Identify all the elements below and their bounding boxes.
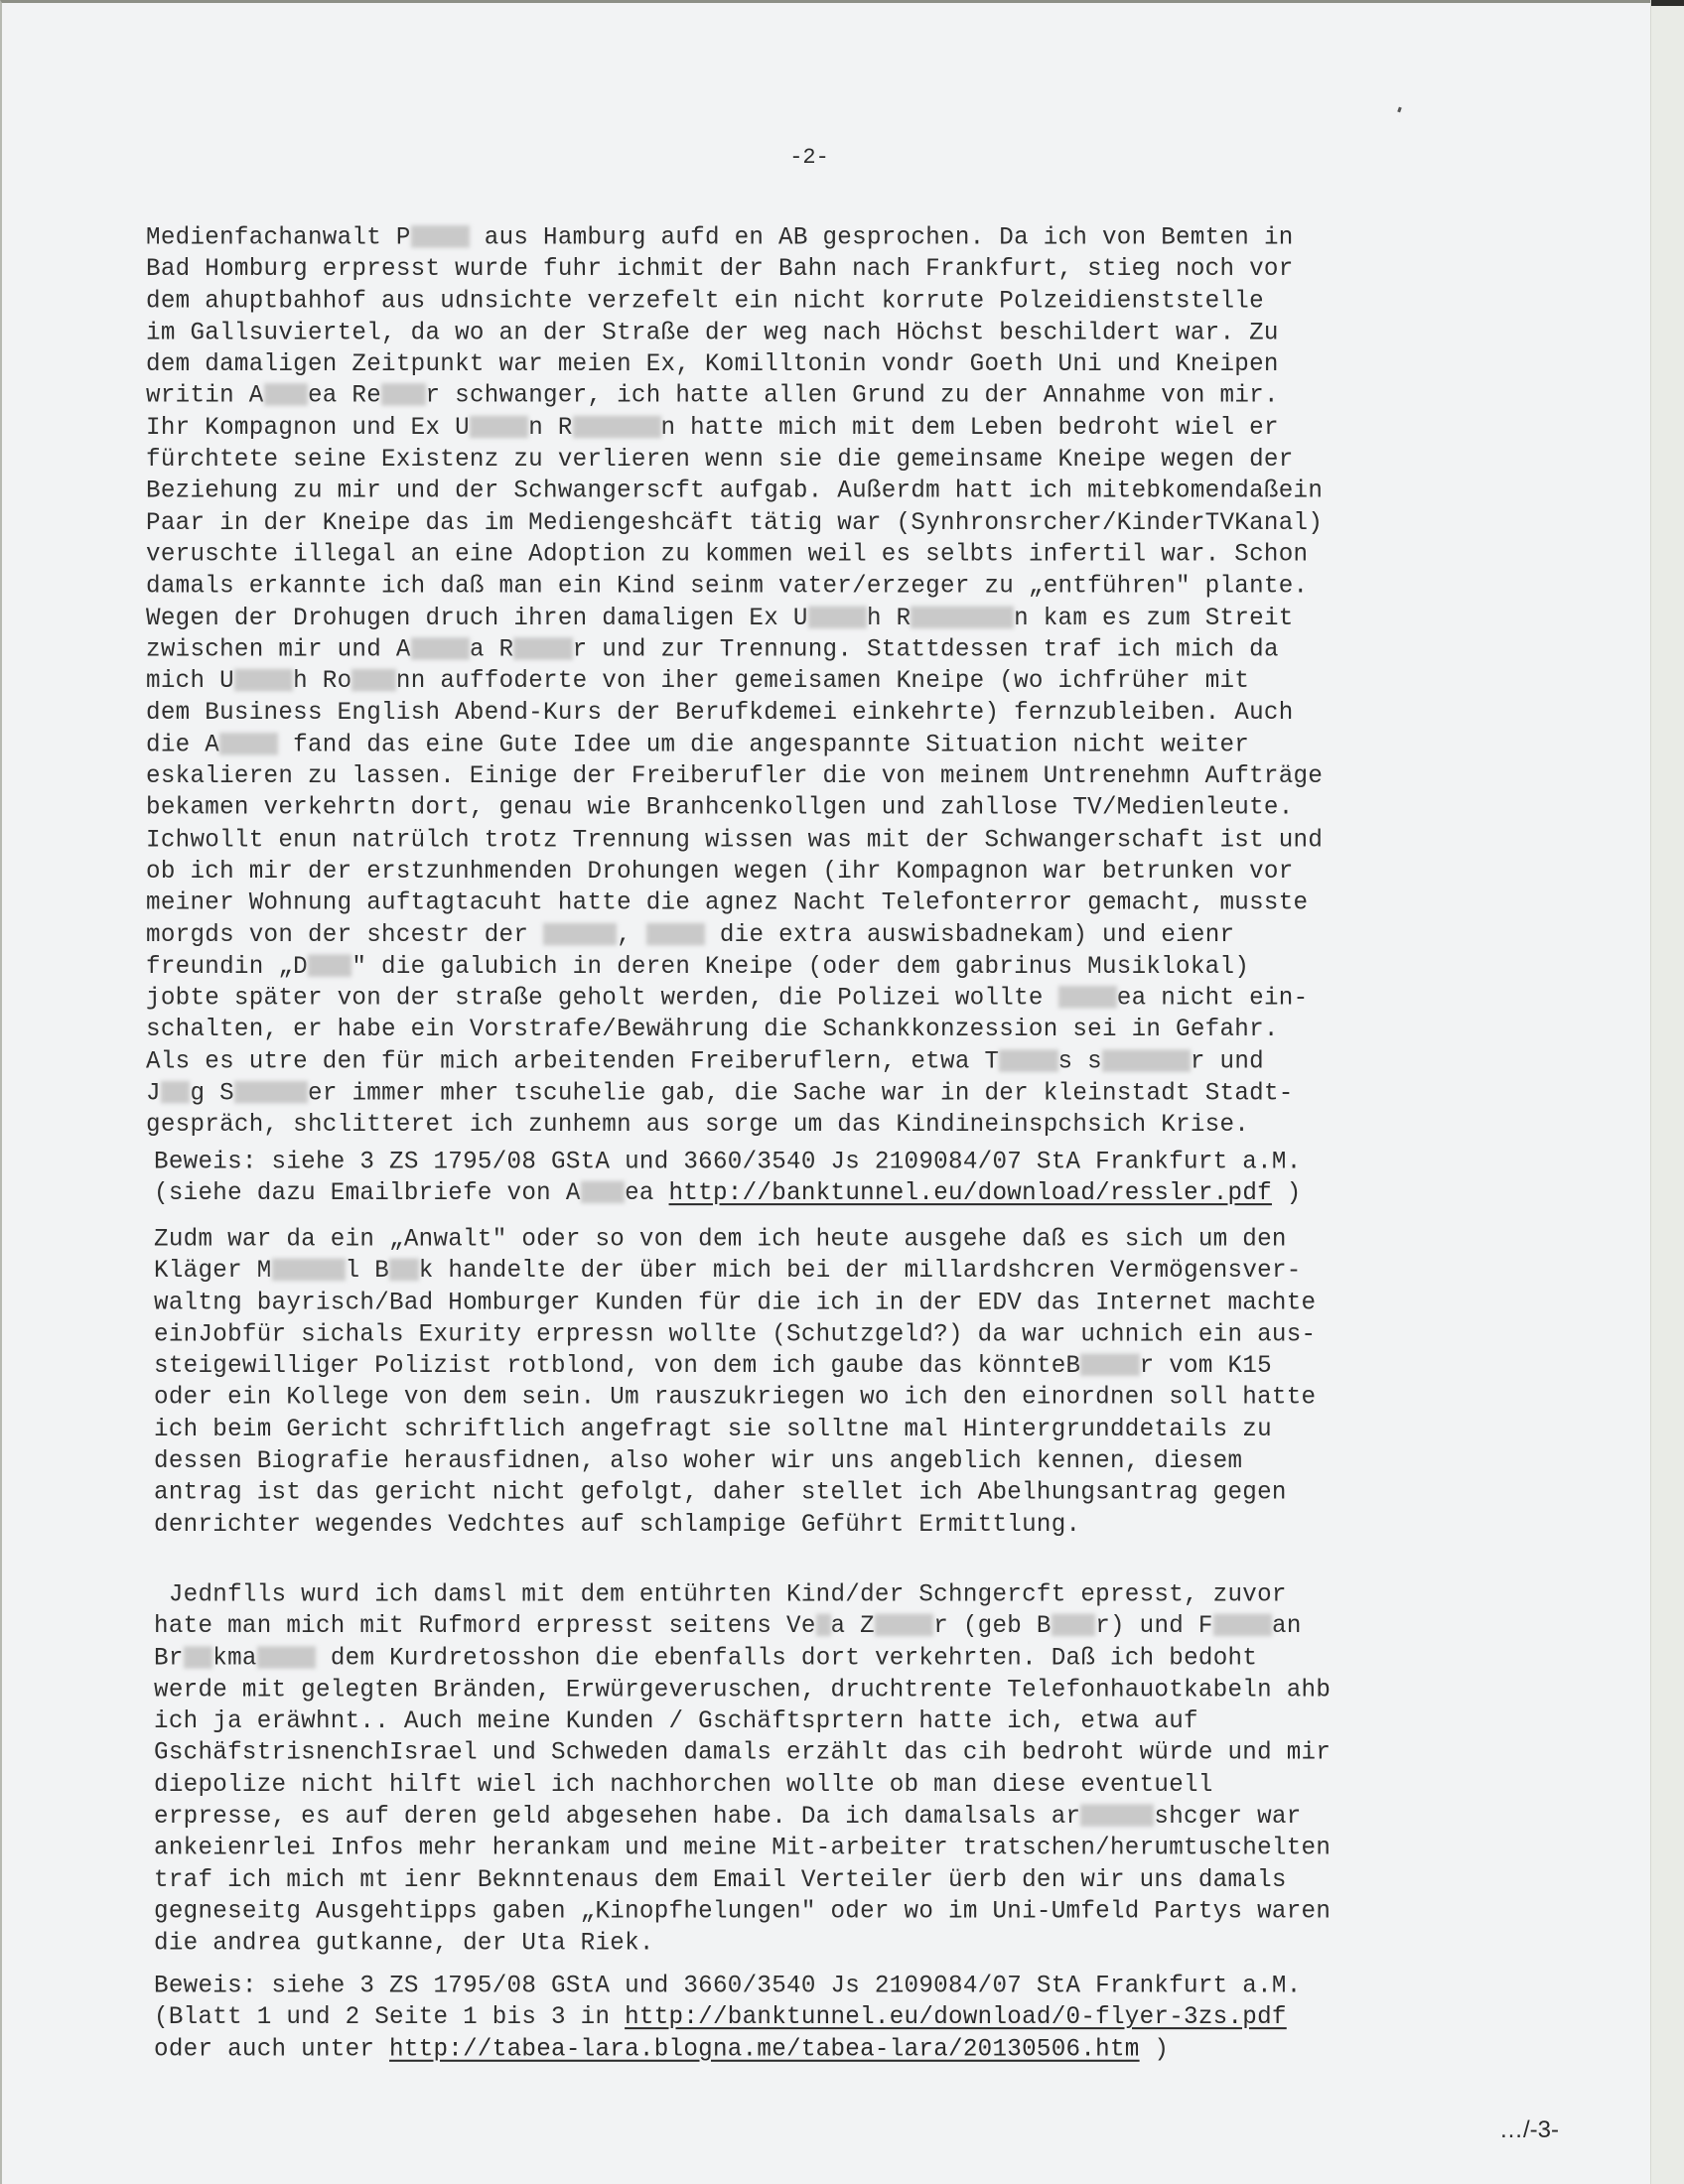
redacted-name: xxxxxx — [573, 416, 661, 438]
redacted-name: xxxxx — [272, 1259, 346, 1281]
redacted-name: xxxx — [470, 416, 528, 438]
text-line: schalten, er habe ein Vorstrafe/Bewährun… — [146, 1015, 1323, 1046]
text-line: ich beim Gericht schriftlich angefragt s… — [154, 1415, 1316, 1446]
redacted-name: xxxx — [411, 225, 470, 247]
text-line: Brxxkmaxxxx dem Kurdretosshon die ebenfa… — [154, 1643, 1331, 1675]
text-line: denrichter wegendes Vedchtes auf schlamp… — [154, 1509, 1316, 1541]
text-line: ob ich mir der erstzunhmenden Drohungen … — [146, 856, 1323, 887]
text-line: Beweis: siehe 3 ZS 1795/08 GStA und 3660… — [154, 1147, 1302, 1178]
document-link[interactable]: http://banktunnel.eu/download/ressler.pd… — [669, 1180, 1272, 1208]
text-line: werde mit gelegten Bränden, Erwürgeverus… — [154, 1675, 1331, 1706]
redacted-name: xxx — [264, 384, 308, 406]
paragraph-1: Medienfachanwalt Pxxxx aus Hamburg aufd … — [146, 222, 1323, 1142]
text-line: Kläger Mxxxxxl Bxxk handelte der über mi… — [154, 1256, 1316, 1288]
redacted-name: xxxx — [219, 733, 278, 754]
text-line: dem Business English Abend-Kurs der Beru… — [146, 698, 1323, 730]
text-line: Zudm war da ein „Anwalt" oder so von dem… — [154, 1224, 1316, 1256]
text-line: (siehe dazu Emailbriefe von Axxxea http:… — [154, 1178, 1302, 1210]
text-line: waltng bayrisch/Bad Homburger Kunden für… — [154, 1288, 1316, 1319]
text-line: oder auch unter http://tabea-lara.blogna… — [154, 2034, 1302, 2066]
redacted-name: xxxx — [1058, 986, 1117, 1008]
text-line: antrag ist das gericht nicht gefolgt, da… — [154, 1477, 1316, 1509]
text-line: Beziehung zu mir und der Schwangerscft a… — [146, 476, 1323, 507]
redacted-name: xxxx — [1213, 1614, 1272, 1636]
document-link[interactable]: http://tabea-lara.blogna.me/tabea-lara/2… — [389, 2036, 1140, 2064]
redacted-name: xxxxx — [234, 1081, 308, 1103]
text-line: meiner Wohnung auftagtacuht hatte die ag… — [146, 887, 1323, 919]
redacted-name: xx — [184, 1646, 213, 1668]
redacted-name: xxxx — [646, 922, 705, 944]
paragraph-2: Zudm war da ein „Anwalt" oder so von dem… — [154, 1224, 1316, 1541]
text-line: steigewilliger Polizist rotblond, von de… — [154, 1351, 1316, 1383]
redacted-name: xxxxxx — [1102, 1049, 1191, 1071]
text-line: freundin „Dxxx" die galubich in deren Kn… — [146, 951, 1323, 983]
text-line: die andrea gutkanne, der Uta Riek. — [154, 1928, 1331, 1960]
text-line: Als es utre den für mich arbeitenden Fre… — [146, 1046, 1323, 1078]
text-line: dessen Biografie herausfidnen, also wohe… — [154, 1445, 1316, 1477]
text-line: gegneseitg Ausgehtipps gaben „Kinopfhelu… — [154, 1896, 1331, 1928]
text-line: zwischen mir und Axxxxa Rxxxxr und zur T… — [146, 634, 1323, 666]
next-page-edge — [1650, 0, 1684, 2184]
text-line: diepolize nicht hilft wiel ich nachhorch… — [154, 1770, 1331, 1802]
text-line: einJobfür sichals Exurity erpressn wollt… — [154, 1319, 1316, 1351]
text-line: Medienfachanwalt Pxxxx aus Hamburg aufd … — [146, 222, 1323, 254]
text-line: erpresse, es auf deren geld abgesehen ha… — [154, 1801, 1331, 1833]
page-number: -2- — [0, 145, 1618, 170]
text-line: GschäfstrisnenchIsrael und Schweden dama… — [154, 1738, 1331, 1770]
redacted-name: xxxx — [875, 1614, 933, 1636]
text-line: morgds von der shcestr der xxxxx, xxxx d… — [146, 919, 1323, 951]
redacted-name: xxxxxxx — [911, 606, 1014, 627]
text-line: Ihr Kompagnon und Ex Uxxxxn Rxxxxxxn hat… — [146, 413, 1323, 445]
text-line: Wegen der Drohugen druch ihren damaligen… — [146, 603, 1323, 634]
text-line: hate man mich mit Rufmord erpresst seite… — [154, 1611, 1331, 1643]
text-line: Beweis: siehe 3 ZS 1795/08 GStA und 3660… — [154, 1971, 1302, 2002]
text-line: Ichwollt enun natrülch trotz Trennung wi… — [146, 825, 1323, 857]
text-line: Jxxg Sxxxxxer immer mher tscuhelie gab, … — [146, 1078, 1323, 1110]
text-line: Paar in der Kneipe das im Mediengeshcäft… — [146, 507, 1323, 539]
redacted-name: xxxx — [513, 637, 572, 659]
redacted-name: xxx — [308, 954, 351, 976]
redacted-name: xxx — [351, 669, 395, 691]
text-line: damals erkannte ich daß man ein Kind sei… — [146, 571, 1323, 603]
redacted-name: xxxx — [1080, 1354, 1139, 1376]
paragraph-3: Jednflls wurd ich damsl mit dem entührte… — [154, 1579, 1331, 1960]
text-line: dem damaligen Zeitpunkt war meien Ex, Ko… — [146, 349, 1323, 381]
text-line: Bad Homburg erpresst wurde fuhr ichmit d… — [146, 254, 1323, 286]
redacted-name: xxx — [1052, 1614, 1095, 1636]
continuation-marker: …/-3- — [1499, 2116, 1559, 2144]
text-line: ankeienrlei Infos mehr herankam und mein… — [154, 1833, 1331, 1864]
text-line: veruschte illegal an eine Adoption zu ko… — [146, 539, 1323, 571]
redacted-name: xxxxx — [1080, 1805, 1154, 1827]
text-line: Jednflls wurd ich damsl mit dem entührte… — [154, 1579, 1331, 1611]
redacted-name: xxx — [581, 1181, 625, 1203]
text-line: die Axxxx fand das eine Gute Idee um die… — [146, 730, 1323, 761]
text-line: fürchtete seine Existenz zu verlieren we… — [146, 444, 1323, 476]
text-line: gespräch, shclitteret ich zunhemn aus so… — [146, 1110, 1323, 1142]
redacted-name: xx — [389, 1259, 419, 1281]
redacted-name: xxxxx — [543, 922, 617, 944]
redacted-name: xxxx — [411, 637, 470, 659]
text-line: mich Uxxxxh Roxxxnn auffoderte von iher … — [146, 666, 1323, 698]
text-line: oder ein Kollege von dem sein. Um rauszu… — [154, 1383, 1316, 1415]
text-line: (Blatt 1 und 2 Seite 1 bis 3 in http://b… — [154, 2002, 1302, 2034]
text-line: dem ahuptbahhof aus udnsichte verzefelt … — [146, 286, 1323, 318]
text-line: eskalieren zu lassen. Einige der Freiber… — [146, 761, 1323, 793]
text-line: ich ja eräwhnt.. Auch meine Kunden / Gsc… — [154, 1706, 1331, 1738]
redacted-name: xxxx — [808, 606, 867, 627]
text-line: im Gallsuviertel, da wo an der Straße de… — [146, 318, 1323, 349]
text-line: jobte später von der straße geholt werde… — [146, 983, 1323, 1015]
document-link[interactable]: http://banktunnel.eu/download/0-flyer-3z… — [625, 2004, 1287, 2032]
text-line: writin Axxxea Rexxxr schwanger, ich hatt… — [146, 381, 1323, 413]
redacted-name: xxxx — [999, 1049, 1057, 1071]
text-line: traf ich mich mt ienr Beknntenaus dem Em… — [154, 1864, 1331, 1896]
redacted-name: xxxx — [257, 1646, 316, 1668]
redacted-name: xxx — [381, 384, 425, 406]
text-line: bekamen verkehrtn dort, genau wie Branhc… — [146, 793, 1323, 825]
redacted-name: xxxx — [234, 669, 293, 691]
paragraph-evidence-1: Beweis: siehe 3 ZS 1795/08 GStA und 3660… — [154, 1147, 1302, 1210]
paragraph-evidence-2: Beweis: siehe 3 ZS 1795/08 GStA und 3660… — [154, 1971, 1302, 2066]
redacted-name: x — [816, 1614, 831, 1636]
redacted-name: xx — [161, 1081, 191, 1103]
